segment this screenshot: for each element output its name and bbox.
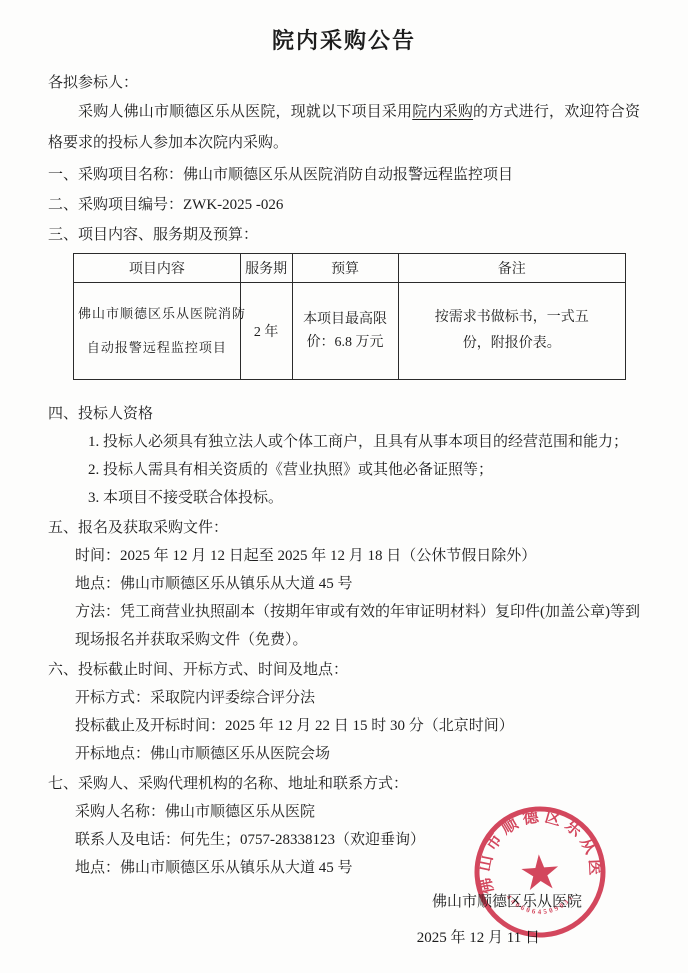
section4-heading: 四、投标人资格	[48, 400, 640, 428]
bid-opening-method: 开标方式：采取院内评委综合评分法	[75, 684, 640, 712]
budget-line1: 本项目最高限	[297, 308, 394, 331]
page-title: 院内采购公告	[48, 24, 640, 55]
table-cell-period: 2 年	[240, 283, 292, 380]
signature-organization: 佛山市顺德区乐从医院	[48, 888, 640, 916]
intro-paragraph: 采购人佛山市顺德区乐从医院，现就以下项目采用院内采购的方式进行，欢迎符合资格要求…	[48, 97, 640, 159]
remark-line2: 份，附报价表。	[403, 331, 621, 357]
intro-underlined-term: 院内采购	[412, 104, 473, 120]
section5-heading: 五、报名及获取采购文件：	[48, 514, 640, 542]
document-content: 院内采购公告 各拟参标人： 采购人佛山市顺德区乐从医院，现就以下项目采用院内采购…	[0, 0, 688, 952]
registration-method: 方法：凭工商营业执照副本（按期年审或有效的年审证明材料）复印件(加盖公章)等到现…	[75, 598, 640, 654]
budget-line2: 价：6.8 万元	[297, 331, 394, 354]
section6-heading: 六、投标截止时间、开标方式、时间及地点：	[48, 656, 640, 684]
intro-text-before: 采购人佛山市顺德区乐从医院，现就以下项目采用	[78, 104, 412, 120]
buyer-name: 采购人名称：佛山市顺德区乐从医院	[75, 798, 640, 826]
content-line1: 佛山市顺德区乐从医院消防	[78, 297, 236, 331]
table-cell-content: 佛山市顺德区乐从医院消防 自动报警远程监控项目	[74, 283, 241, 380]
signature-block: 佛山市顺德区乐从医院 2025 年 12 月 11 日	[48, 888, 640, 952]
qualification-item-2: 2. 投标人需具有相关资质的《营业执照》或其他必备证照等；	[88, 456, 640, 484]
section7-heading: 七、采购人、采购代理机构的名称、地址和联系方式：	[48, 770, 640, 798]
section1-heading: 一、采购项目名称：佛山市顺德区乐从医院消防自动报警远程监控项目	[48, 161, 640, 189]
document-page: 院内采购公告 各拟参标人： 采购人佛山市顺德区乐从医院，现就以下项目采用院内采购…	[0, 0, 688, 973]
buyer-address: 地点：佛山市顺德区乐从镇乐从大道 45 号	[75, 854, 640, 882]
remark-line1: 按需求书做标书，一式五	[403, 305, 621, 331]
content-line2: 自动报警远程监控项目	[78, 331, 236, 365]
qualification-item-3: 3. 本项目不接受联合体投标。	[88, 484, 640, 512]
table-header-budget: 预算	[292, 254, 398, 283]
table-header-period: 服务期	[240, 254, 292, 283]
buyer-contact: 联系人及电话：何先生；0757-28338123（欢迎垂询）	[75, 826, 640, 854]
registration-place: 地点：佛山市顺德区乐从镇乐从大道 45 号	[75, 570, 640, 598]
project-table: 项目内容 服务期 预算 备注 佛山市顺德区乐从医院消防 自动报警远程监控项目 2…	[73, 253, 626, 380]
signature-date: 2025 年 12 月 11 日	[48, 924, 640, 952]
section3-heading: 三、项目内容、服务期及预算：	[48, 221, 640, 249]
table-cell-budget: 本项目最高限 价：6.8 万元	[292, 283, 398, 380]
bid-opening-place: 开标地点：佛山市顺德区乐从医院会场	[75, 740, 640, 768]
qualification-item-1: 1. 投标人必须具有独立法人或个体工商户，且具有从事本项目的经营范围和能力；	[88, 428, 640, 456]
registration-time: 时间：2025 年 12 月 12 日起至 2025 年 12 月 18 日（公…	[75, 542, 640, 570]
table-header-row: 项目内容 服务期 预算 备注	[74, 254, 626, 283]
salutation: 各拟参标人：	[48, 69, 640, 97]
table-cell-remark: 按需求书做标书，一式五 份，附报价表。	[398, 283, 625, 380]
table-header-content: 项目内容	[74, 254, 241, 283]
bid-deadline: 投标截止及开标时间：2025 年 12 月 22 日 15 时 30 分（北京时…	[75, 712, 640, 740]
section2-heading: 二、采购项目编号：ZWK-2025 -026	[48, 191, 640, 219]
table-row: 佛山市顺德区乐从医院消防 自动报警远程监控项目 2 年 本项目最高限 价：6.8…	[74, 283, 626, 380]
table-header-remark: 备注	[398, 254, 625, 283]
